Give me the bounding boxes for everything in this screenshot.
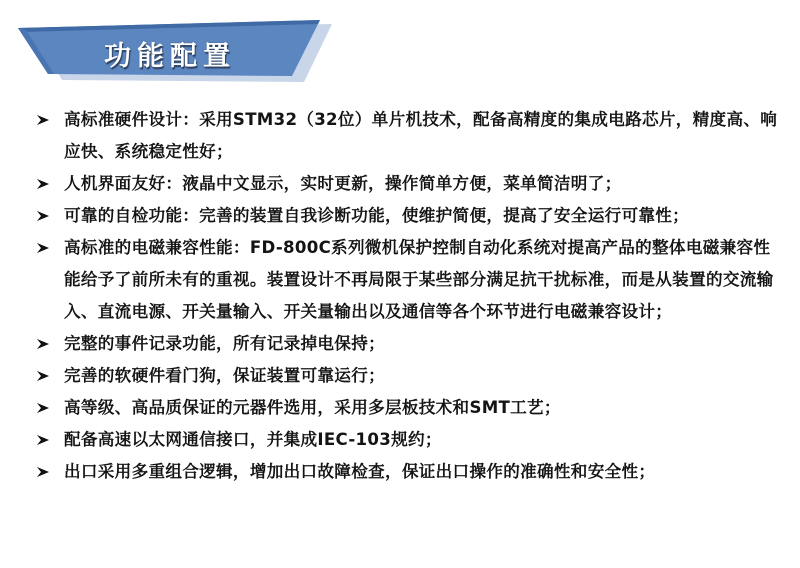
feature-item: 完善的软硬件看门狗，保证装置可靠运行； <box>0 360 800 392</box>
arrow-bullet-icon <box>34 424 52 456</box>
feature-text: 出口采用多重组合逻辑，增加出口故障检查，保证出口操作的准确性和安全性； <box>64 456 778 488</box>
section-banner: 功能配置 <box>0 0 360 100</box>
arrow-bullet-icon <box>34 328 52 360</box>
arrow-bullet-icon <box>34 232 52 264</box>
arrow-bullet-icon <box>34 360 52 392</box>
feature-text: 完整的事件记录功能，所有记录掉电保持； <box>64 328 778 360</box>
feature-list: 高标准硬件设计：采用STM32（32位）单片机技术，配备高精度的集成电路芯片，精… <box>0 104 800 488</box>
feature-item: 配备高速以太网通信接口，并集成IEC-103规约； <box>0 424 800 456</box>
feature-item: 高标准硬件设计：采用STM32（32位）单片机技术，配备高精度的集成电路芯片，精… <box>0 104 800 168</box>
arrow-bullet-icon <box>34 392 52 424</box>
feature-item: 高等级、高品质保证的元器件选用，采用多层板技术和SMT工艺； <box>0 392 800 424</box>
arrow-bullet-icon <box>34 168 52 200</box>
feature-text: 高标准的电磁兼容性能：FD-800C系列微机保护控制自动化系统对提高产品的整体电… <box>64 232 778 328</box>
feature-item: 完整的事件记录功能，所有记录掉电保持； <box>0 328 800 360</box>
feature-item: 高标准的电磁兼容性能：FD-800C系列微机保护控制自动化系统对提高产品的整体电… <box>0 232 800 328</box>
feature-text: 高标准硬件设计：采用STM32（32位）单片机技术，配备高精度的集成电路芯片，精… <box>64 104 778 168</box>
feature-text: 配备高速以太网通信接口，并集成IEC-103规约； <box>64 424 778 456</box>
arrow-bullet-icon <box>34 104 52 136</box>
feature-text: 完善的软硬件看门狗，保证装置可靠运行； <box>64 360 778 392</box>
feature-item: 出口采用多重组合逻辑，增加出口故障检查，保证出口操作的准确性和安全性； <box>0 456 800 488</box>
feature-text: 高等级、高品质保证的元器件选用，采用多层板技术和SMT工艺； <box>64 392 778 424</box>
feature-item: 可靠的自检功能：完善的装置自我诊断功能，使维护简便，提高了安全运行可靠性； <box>0 200 800 232</box>
feature-text: 人机界面友好：液晶中文显示，实时更新，操作简单方便，菜单简洁明了； <box>64 168 778 200</box>
arrow-bullet-icon <box>34 456 52 488</box>
arrow-bullet-icon <box>34 200 52 232</box>
section-title: 功能配置 <box>104 34 236 73</box>
feature-text: 可靠的自检功能：完善的装置自我诊断功能，使维护简便，提高了安全运行可靠性； <box>64 200 778 232</box>
feature-item: 人机界面友好：液晶中文显示，实时更新，操作简单方便，菜单简洁明了； <box>0 168 800 200</box>
